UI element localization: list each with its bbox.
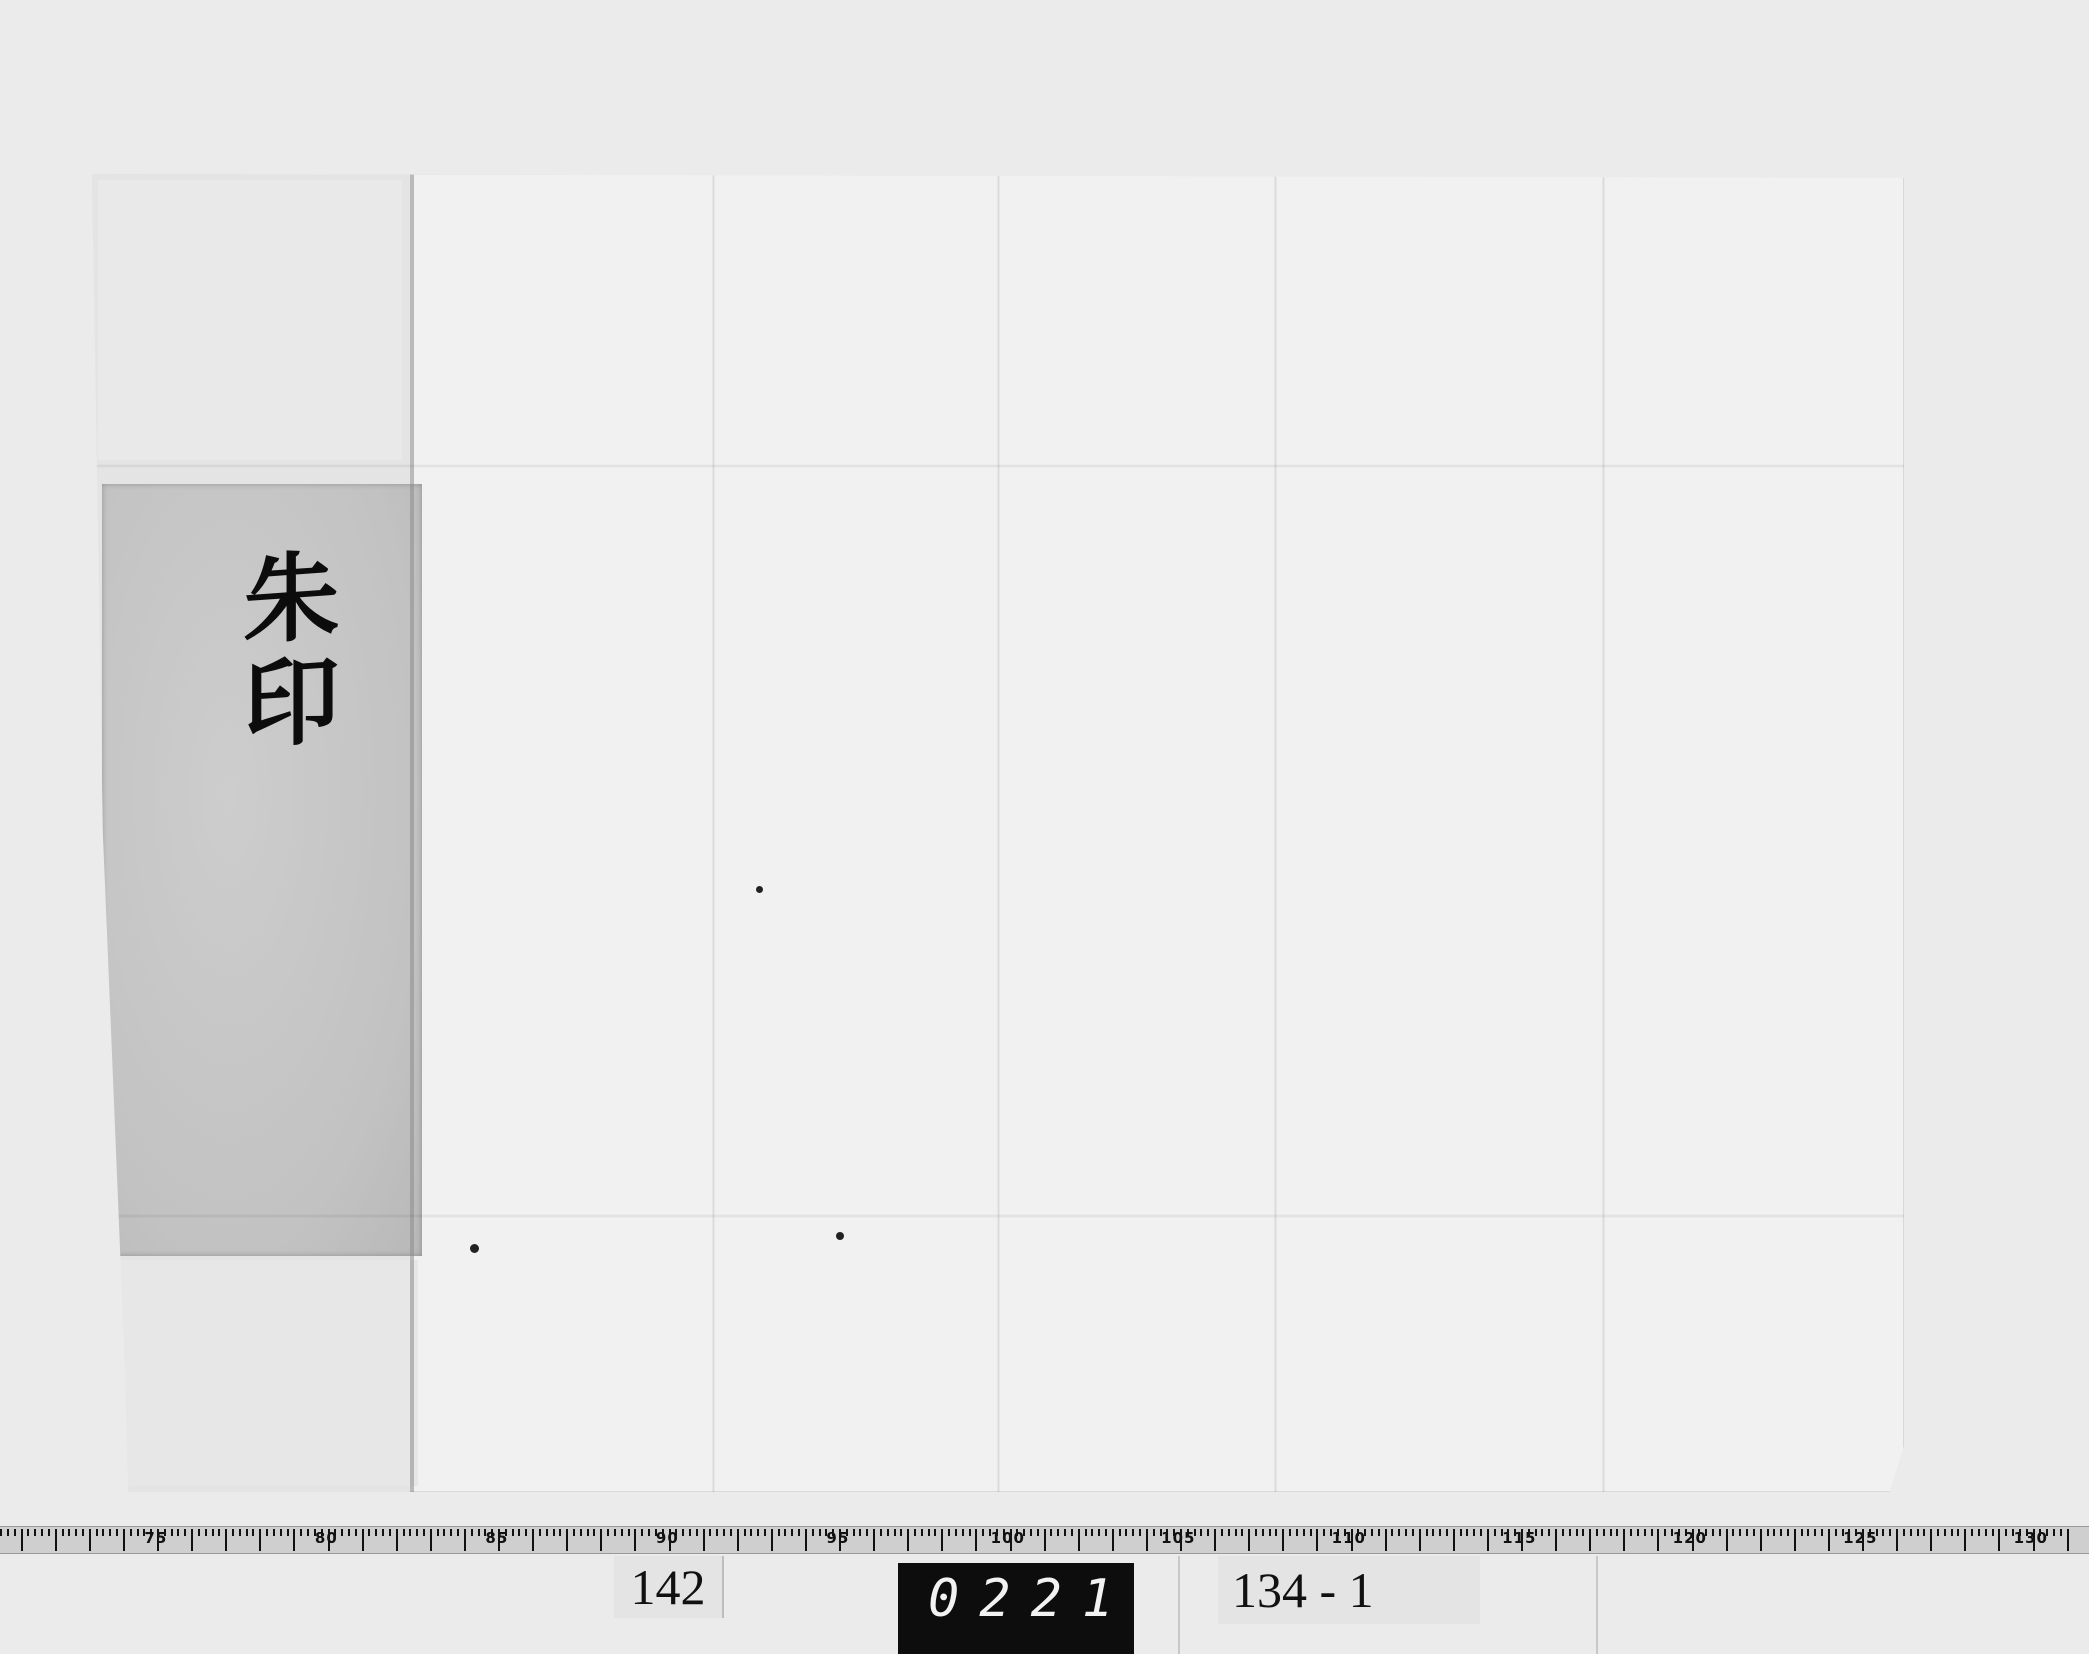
ruler-tick <box>969 1529 971 1536</box>
ruler-tick <box>518 1529 520 1536</box>
ruler-tick <box>1371 1529 1373 1536</box>
ruler-tick <box>1098 1529 1100 1536</box>
ruler-tick <box>96 1529 98 1536</box>
ruler-tick <box>1753 1529 1755 1536</box>
ruler-tick <box>1378 1529 1380 1536</box>
ruler-tick <box>600 1529 602 1551</box>
ruler-tick <box>1576 1529 1578 1536</box>
cover-flap: 朱印 <box>92 174 410 1492</box>
ruler-tick <box>1057 1529 1059 1536</box>
ruler-tick <box>1235 1529 1237 1536</box>
ruler-tick <box>1787 1529 1789 1536</box>
ruler-tick <box>778 1529 780 1536</box>
ruler-tick <box>1712 1529 1714 1536</box>
ruler-tick <box>819 1529 821 1536</box>
ruler-tick <box>205 1529 207 1536</box>
ruler-tick <box>1200 1529 1202 1536</box>
ruler-tick <box>1992 1529 1994 1536</box>
ruler-tick <box>2067 1529 2069 1551</box>
ruler-tick <box>1937 1529 1939 1536</box>
ruler-tick <box>75 1529 77 1536</box>
cover-title: 朱印 <box>212 545 332 761</box>
ruler-tick <box>2005 1529 2007 1536</box>
ink-speck <box>470 1244 479 1253</box>
ruler-tick <box>252 1529 254 1536</box>
ruler-tick <box>137 1529 139 1536</box>
ruler-tick <box>859 1529 861 1536</box>
ruler-tick <box>1071 1529 1073 1536</box>
ruler-tick <box>1719 1529 1721 1536</box>
ruler-tick <box>1589 1529 1591 1551</box>
ruler-tick <box>1910 1529 1912 1536</box>
ruler-tick <box>1473 1529 1475 1536</box>
document-sheet: 朱印 <box>92 174 1904 1492</box>
ruler-tick <box>607 1529 609 1536</box>
divider-line <box>1596 1556 1598 1654</box>
ruler-tick <box>198 1529 200 1536</box>
ruler-label: 130 <box>2014 1529 2048 1547</box>
ruler-tick <box>396 1529 398 1551</box>
ruler-tick <box>1262 1529 1264 1536</box>
fold-line <box>997 174 1000 1492</box>
ruler-tick <box>1780 1529 1782 1536</box>
fold-line <box>712 174 715 1492</box>
ruler-tick <box>512 1529 514 1536</box>
ruler-tick <box>962 1529 964 1536</box>
ruler-tick <box>1494 1529 1496 1536</box>
ruler-tick <box>1746 1529 1748 1536</box>
ruler-tick <box>1480 1529 1482 1536</box>
item-number-label: 134 - 1 <box>1218 1556 1480 1624</box>
ruler-tick <box>348 1529 350 1536</box>
ruler-tick <box>1603 1529 1605 1536</box>
ink-speck <box>1904 574 1909 586</box>
ruler-tick <box>266 1529 268 1536</box>
ruler-tick <box>116 1529 118 1536</box>
ruler-label: 100 <box>991 1529 1025 1547</box>
ruler-tick <box>41 1529 43 1536</box>
ruler-tick <box>1385 1529 1387 1551</box>
ruler-tick <box>478 1529 480 1536</box>
ruler-tick <box>689 1529 691 1536</box>
ruler-tick <box>109 1529 111 1536</box>
ruler-tick <box>1610 1529 1612 1536</box>
ruler-tick <box>1037 1529 1039 1536</box>
ruler-tick <box>1412 1529 1414 1536</box>
ruler-tick <box>423 1529 425 1536</box>
ruler-tick <box>1153 1529 1155 1536</box>
ruler-tick <box>1957 1529 1959 1536</box>
ruler-tick <box>1085 1529 1087 1536</box>
ruler-tick <box>1807 1529 1809 1536</box>
ruler-tick <box>1582 1529 1584 1536</box>
ruler-tick <box>68 1529 70 1536</box>
ruler-tick <box>948 1529 950 1536</box>
ruler-tick <box>1105 1529 1107 1536</box>
ruler-label: 105 <box>1161 1529 1195 1547</box>
volume-number-label: 142 <box>614 1556 724 1618</box>
ruler-tick <box>641 1529 643 1536</box>
ruler-tick <box>1310 1529 1312 1536</box>
ruler-tick <box>1978 1529 1980 1536</box>
ruler-tick <box>593 1529 595 1536</box>
ruler-label: 110 <box>1332 1529 1366 1547</box>
ruler-tick <box>900 1529 902 1536</box>
ruler-tick <box>355 1529 357 1536</box>
ruler-tick <box>771 1529 773 1551</box>
ruler-tick <box>1630 1529 1632 1536</box>
ruler-tick <box>1487 1529 1489 1551</box>
ruler-tick <box>1269 1529 1271 1536</box>
ruler-tick <box>1821 1529 1823 1536</box>
ruler-tick <box>566 1529 568 1551</box>
ruler-tick <box>1248 1529 1250 1551</box>
ruler-tick <box>539 1529 541 1536</box>
ruler-tick <box>1391 1529 1393 1536</box>
ruler-tick <box>1562 1529 1564 1536</box>
ruler-tick <box>1398 1529 1400 1536</box>
ruler-tick <box>293 1529 295 1551</box>
ruler-tick <box>1119 1529 1121 1536</box>
ruler-tick <box>1146 1529 1148 1551</box>
ruler-tick <box>764 1529 766 1536</box>
ruler-tick <box>1446 1529 1448 1536</box>
ruler-tick <box>873 1529 875 1551</box>
ruler-tick <box>273 1529 275 1536</box>
ruler-label: 95 <box>826 1529 849 1547</box>
ruler-tick <box>2060 1529 2062 1536</box>
ruler-tick <box>1426 1529 1428 1536</box>
ruler-tick <box>48 1529 50 1536</box>
ruler-tick <box>1569 1529 1571 1536</box>
ink-speck <box>756 886 763 893</box>
ruler-tick <box>1835 1529 1837 1536</box>
ruler-tick <box>62 1529 64 1536</box>
ruler-tick <box>259 1529 261 1551</box>
divider-line <box>1178 1556 1180 1654</box>
ruler-tick <box>130 1529 132 1536</box>
ruler-tick <box>723 1529 725 1536</box>
ruler-tick <box>437 1529 439 1536</box>
ruler-tick <box>184 1529 186 1536</box>
ruler-tick <box>1971 1529 1973 1536</box>
ruler-tick <box>914 1529 916 1536</box>
ruler-tick <box>1828 1529 1830 1551</box>
ruler-tick <box>450 1529 452 1536</box>
ruler-tick <box>737 1529 739 1551</box>
ruler-tick <box>1282 1529 1284 1551</box>
ruler-tick <box>362 1529 364 1551</box>
ruler-tick <box>1616 1529 1618 1536</box>
ruler-tick <box>614 1529 616 1536</box>
ruler-label: 80 <box>315 1529 338 1547</box>
ruler-tick <box>443 1529 445 1536</box>
ruler-tick <box>34 1529 36 1536</box>
ruler-tick <box>375 1529 377 1536</box>
ruler-tick <box>1555 1529 1557 1551</box>
ruler-tick <box>1657 1529 1659 1551</box>
ruler-tick <box>1439 1529 1441 1536</box>
ruler-tick <box>975 1529 977 1551</box>
ruler-label: 115 <box>1502 1529 1536 1547</box>
cover-bottom-panel <box>118 1260 418 1486</box>
ruler-tick <box>1889 1529 1891 1536</box>
ruler-tick <box>750 1529 752 1536</box>
ruler-tick <box>389 1529 391 1536</box>
ruler-tick <box>1044 1529 1046 1551</box>
ruler-tick <box>532 1529 534 1551</box>
ruler-tick <box>1882 1529 1884 1536</box>
ruler-tick <box>1296 1529 1298 1536</box>
ruler-tick <box>928 1529 930 1536</box>
ruler-tick <box>341 1529 343 1536</box>
ruler-tick <box>82 1529 84 1536</box>
ruler-tick <box>1030 1529 1032 1536</box>
ruler-tick <box>1541 1529 1543 1536</box>
ruler-tick <box>300 1529 302 1536</box>
ruler-tick <box>1801 1529 1803 1536</box>
ruler-tick <box>1664 1529 1666 1536</box>
ruler-tick <box>628 1529 630 1536</box>
ruler-tick <box>1078 1529 1080 1551</box>
ruler-tick <box>1050 1529 1052 1536</box>
ruler-tick <box>1064 1529 1066 1536</box>
ruler-tick <box>1903 1529 1905 1536</box>
ruler-tick <box>191 1529 193 1551</box>
ruler-tick <box>1773 1529 1775 1536</box>
ruler-tick <box>921 1529 923 1536</box>
ruler-tick <box>784 1529 786 1536</box>
ruler-tick <box>1241 1529 1243 1536</box>
ruler-tick <box>123 1529 125 1551</box>
ruler-tick <box>1466 1529 1468 1536</box>
ruler-tick <box>0 1529 2 1536</box>
ruler-tick <box>709 1529 711 1536</box>
ruler-tick <box>464 1529 466 1551</box>
ruler-tick <box>1316 1529 1318 1551</box>
ruler-tick <box>648 1529 650 1536</box>
ruler-tick <box>1289 1529 1291 1536</box>
ruler-tick <box>1732 1529 1734 1536</box>
ruler-tick <box>982 1529 984 1536</box>
ruler-tick <box>880 1529 882 1536</box>
ruler-label: 125 <box>1843 1529 1877 1547</box>
ruler-tick <box>866 1529 868 1536</box>
fold-line <box>1602 174 1605 1492</box>
ruler-tick <box>416 1529 418 1536</box>
ruler-tick <box>1303 1529 1305 1536</box>
ruler-tick <box>696 1529 698 1536</box>
ruler-tick <box>27 1529 29 1536</box>
ruler-tick <box>1944 1529 1946 1536</box>
ruler-tick <box>246 1529 248 1536</box>
ruler-tick <box>955 1529 957 1536</box>
ruler-tick <box>757 1529 759 1536</box>
ruler-label: 75 <box>144 1529 167 1547</box>
ruler-tick <box>212 1529 214 1536</box>
ruler-tick <box>744 1529 746 1536</box>
ruler-tick <box>89 1529 91 1551</box>
ruler-tick <box>1548 1529 1550 1536</box>
ruler-tick <box>934 1529 936 1536</box>
ruler-tick <box>218 1529 220 1536</box>
ruler-tick <box>853 1529 855 1536</box>
ruler-tick <box>430 1529 432 1551</box>
ruler-tick <box>368 1529 370 1536</box>
ruler-tick <box>559 1529 561 1536</box>
ruler-tick <box>716 1529 718 1536</box>
ruler-tick <box>1739 1529 1741 1536</box>
ruler-tick <box>634 1529 636 1551</box>
ruler-tick <box>403 1529 405 1536</box>
ruler-tick <box>546 1529 548 1536</box>
ruler-tick <box>1814 1529 1816 1536</box>
ruler-tick <box>1112 1529 1114 1551</box>
ruler-tick <box>287 1529 289 1536</box>
ruler-tick <box>1405 1529 1407 1536</box>
cover-edge <box>410 174 414 1492</box>
ruler-tick <box>1930 1529 1932 1551</box>
ruler-tick <box>382 1529 384 1536</box>
ruler-tick <box>1964 1529 1966 1551</box>
frame-counter: 0221 <box>898 1563 1134 1654</box>
ruler-tick <box>553 1529 555 1536</box>
ruler-tick <box>703 1529 705 1551</box>
ruler-tick <box>1760 1529 1762 1551</box>
ruler-tick <box>907 1529 909 1551</box>
ruler-tick <box>1419 1529 1421 1551</box>
ruler-tick <box>1432 1529 1434 1536</box>
ruler-tick <box>2053 1529 2055 1536</box>
ruler-tick <box>1998 1529 2000 1551</box>
ruler-tick <box>1644 1529 1646 1536</box>
ruler-tick <box>471 1529 473 1536</box>
ruler-tick <box>1896 1529 1898 1551</box>
ruler-tick <box>1275 1529 1277 1536</box>
ruler-tick <box>1460 1529 1462 1536</box>
ruler-tick <box>1951 1529 1953 1536</box>
ruler-tick <box>1207 1529 1209 1536</box>
ruler-tick <box>798 1529 800 1536</box>
ruler-tick <box>525 1529 527 1536</box>
ruler-tick <box>457 1529 459 1536</box>
fold-line <box>92 1214 1904 1218</box>
ruler-tick <box>1453 1529 1455 1551</box>
ruler-tick <box>177 1529 179 1536</box>
ruler-tick <box>1132 1529 1134 1536</box>
ruler-tick <box>941 1529 943 1551</box>
ruler-tick <box>887 1529 889 1536</box>
ruler-tick <box>1726 1529 1728 1551</box>
ruler-tick <box>621 1529 623 1536</box>
ruler-tick <box>791 1529 793 1536</box>
ruler-tick <box>7 1529 9 1536</box>
measuring-ruler: 7580859095100105110115120125130 <box>0 1526 2089 1554</box>
ruler-tick <box>102 1529 104 1536</box>
ruler-tick <box>1125 1529 1127 1536</box>
ruler-tick <box>1596 1529 1598 1536</box>
fold-line <box>1274 174 1277 1492</box>
ink-speck <box>836 1232 844 1240</box>
ruler-tick <box>1214 1529 1216 1551</box>
ruler-label: 85 <box>485 1529 508 1547</box>
ruler-tick <box>1985 1529 1987 1536</box>
cover-top-panel <box>98 180 402 460</box>
ruler-tick <box>1917 1529 1919 1536</box>
ruler-tick <box>1651 1529 1653 1536</box>
ruler-tick <box>1923 1529 1925 1536</box>
ruler-tick <box>894 1529 896 1536</box>
ruler-tick <box>682 1529 684 1536</box>
ruler-tick <box>580 1529 582 1536</box>
ruler-tick <box>171 1529 173 1536</box>
ruler-tick <box>1323 1529 1325 1536</box>
ruler-tick <box>573 1529 575 1536</box>
ruler-tick <box>55 1529 57 1551</box>
ruler-tick <box>409 1529 411 1536</box>
ruler-tick <box>307 1529 309 1536</box>
ruler-tick <box>1794 1529 1796 1551</box>
ruler-tick <box>587 1529 589 1536</box>
ruler-tick <box>280 1529 282 1536</box>
ruler-tick <box>805 1529 807 1551</box>
ruler-label: 90 <box>656 1529 679 1547</box>
ruler-tick <box>1637 1529 1639 1536</box>
ruler-tick <box>225 1529 227 1551</box>
ruler-tick <box>239 1529 241 1536</box>
ruler-tick <box>1091 1529 1093 1536</box>
ruler-tick <box>730 1529 732 1536</box>
ruler-label: 120 <box>1673 1529 1707 1547</box>
ruler-tick <box>232 1529 234 1536</box>
ruler-tick <box>14 1529 16 1536</box>
ruler-tick <box>812 1529 814 1536</box>
ruler-tick <box>1221 1529 1223 1536</box>
ruler-tick <box>21 1529 23 1551</box>
ruler-tick <box>1228 1529 1230 1536</box>
ruler-tick <box>1255 1529 1257 1536</box>
ruler-tick <box>1623 1529 1625 1551</box>
ruler-tick <box>1139 1529 1141 1536</box>
fold-line <box>92 464 1904 468</box>
ruler-tick <box>1767 1529 1769 1536</box>
